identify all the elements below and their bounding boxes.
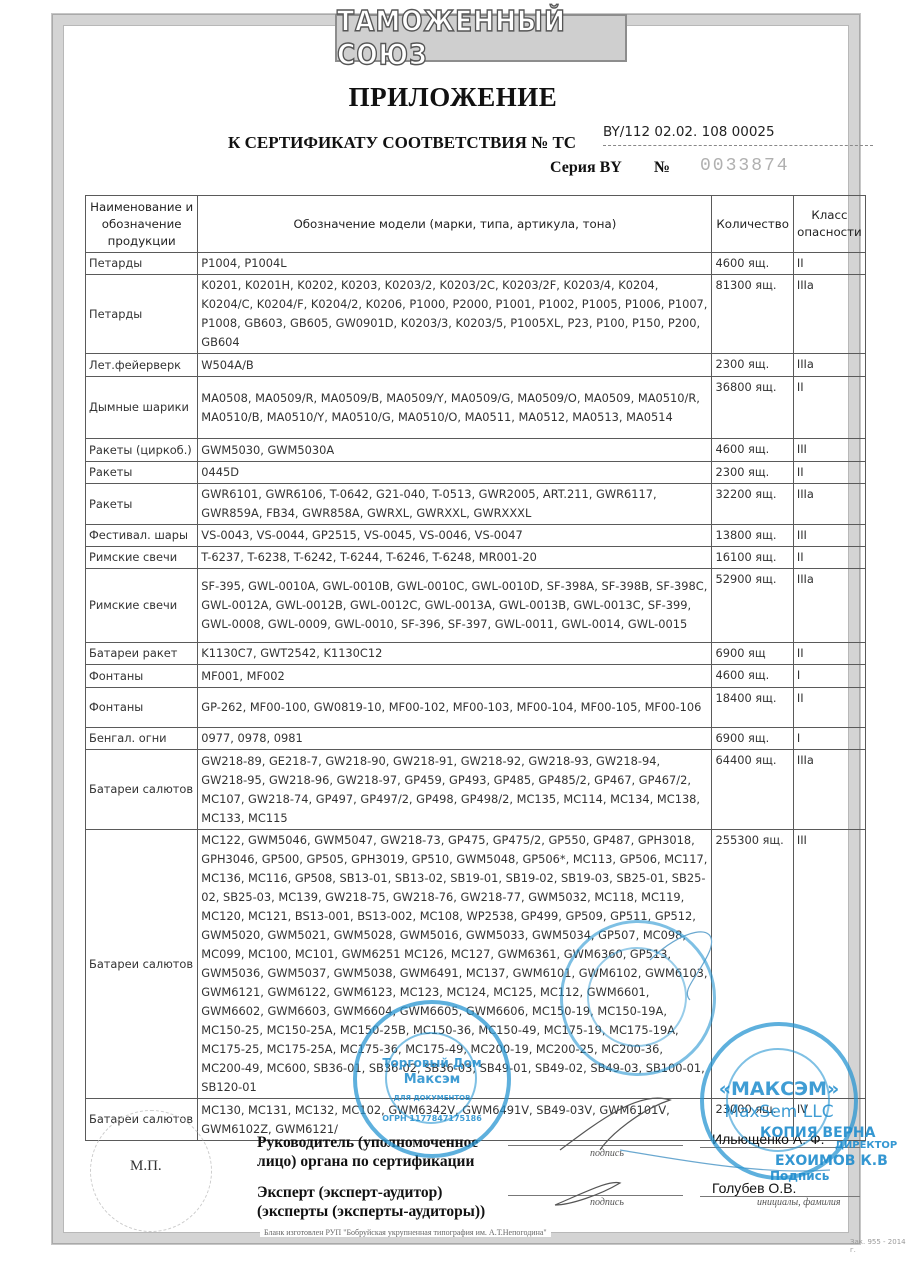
- number-label: №: [654, 159, 670, 177]
- product-name: Батареи салютов: [86, 750, 198, 830]
- expert-signature-caption: подпись: [590, 1197, 624, 1208]
- director-name-stamp: ЕХОИМОВ К.В: [775, 1153, 888, 1169]
- column-header-class: Класс опасности: [793, 196, 865, 253]
- quantity: 4600 ящ.: [712, 665, 793, 688]
- hazard-class: III: [793, 830, 865, 1099]
- hazard-class: I: [793, 728, 865, 750]
- quantity: 81300 ящ.: [712, 275, 793, 354]
- head-signature-line: [508, 1145, 683, 1146]
- model-list: SF-395, GWL-0010A, GWL-0010B, GWL-0010C,…: [198, 569, 712, 643]
- hazard-class: III: [793, 439, 865, 462]
- quantity: 36800 ящ.: [712, 377, 793, 439]
- initials-caption: инициалы, фамилия: [757, 1197, 841, 1208]
- quantity: 52900 ящ.: [712, 569, 793, 643]
- table-row: Ракеты0445D2300 ящ.II: [86, 462, 866, 484]
- table-row: Фестивал. шарыVS-0043, VS-0044, GP2515, …: [86, 525, 866, 547]
- hazard-class: II: [793, 643, 865, 665]
- table-row: ПетардыK0201, K0201H, K0202, K0203, K020…: [86, 275, 866, 354]
- model-list: VS-0043, VS-0044, GP2515, VS-0045, VS-00…: [198, 525, 712, 547]
- products-table: Наименование и обозначение продукции Обо…: [85, 195, 866, 1141]
- table-row: Римские свечиSF-395, GWL-0010A, GWL-0010…: [86, 569, 866, 643]
- table-row: Бенгал. огни0977, 0978, 09816900 ящ.I: [86, 728, 866, 750]
- product-name: Бенгал. огни: [86, 728, 198, 750]
- expert-label-line-1: Эксперт (эксперт-аудитор): [257, 1183, 442, 1202]
- certificate-number-underline: [603, 145, 873, 146]
- model-list: GW218-89, GE218-7, GW218-90, GW218-91, G…: [198, 750, 712, 830]
- hazard-class: III: [793, 525, 865, 547]
- page-title: ПРИЛОЖЕНИЕ: [0, 82, 906, 113]
- hazard-class: IIIa: [793, 750, 865, 830]
- model-list: K1130C7, GWT2542, K1130C12: [198, 643, 712, 665]
- product-name: Дымные шарики: [86, 377, 198, 439]
- quantity: 4600 ящ.: [712, 253, 793, 275]
- series-number: 0033874: [700, 156, 790, 176]
- quantity: 255300 ящ.: [712, 830, 793, 1099]
- hazard-class: II: [793, 253, 865, 275]
- director-stamp: ДИРЕКТОР: [835, 1140, 897, 1151]
- product-name: Батареи салютов: [86, 830, 198, 1099]
- product-name: Фонтаны: [86, 665, 198, 688]
- hazard-class: II: [793, 377, 865, 439]
- hazard-class: IIIa: [793, 275, 865, 354]
- hazard-class: IIIa: [793, 354, 865, 377]
- certificate-number: BY/112 02.02. 108 00025: [603, 124, 775, 140]
- certificate-subtitle: К СЕРТИФИКАТУ СООТВЕТСТВИЯ № ТС: [228, 133, 576, 153]
- hazard-class: IIIa: [793, 569, 865, 643]
- table-row: Батареи ракетK1130C7, GWT2542, K1130C126…: [86, 643, 866, 665]
- quantity: 64400 ящ.: [712, 750, 793, 830]
- table-row: ПетардыP1004, P1004L4600 ящ.II: [86, 253, 866, 275]
- quantity: 2300 ящ.: [712, 462, 793, 484]
- expert-label-line-2: (эксперты (эксперты-аудиторы)): [257, 1202, 485, 1221]
- model-list: P1004, P1004L: [198, 253, 712, 275]
- hazard-class: II: [793, 547, 865, 569]
- table-row: ФонтаныMF001, MF0024600 ящ.I: [86, 665, 866, 688]
- signature-stamp: Подпись: [770, 1169, 829, 1183]
- model-list: 0445D: [198, 462, 712, 484]
- hazard-class: IIIa: [793, 484, 865, 525]
- model-list: GWR6101, GWR6106, T-0642, G21-040, T-051…: [198, 484, 712, 525]
- model-list: GWM5030, GWM5030A: [198, 439, 712, 462]
- head-signature-caption: подпись: [590, 1148, 624, 1159]
- product-name: Петарды: [86, 253, 198, 275]
- column-header-quantity: Количество: [712, 196, 793, 253]
- seal-place-label: М.П.: [130, 1158, 162, 1175]
- column-header-models: Обозначение модели (марки, типа, артикул…: [198, 196, 712, 253]
- head-label-line-1: Руководитель (уполномоченное: [257, 1133, 478, 1152]
- product-name: Батареи ракет: [86, 643, 198, 665]
- table-row: Батареи салютовGW218-89, GE218-7, GW218-…: [86, 750, 866, 830]
- table-row: Римские свечиT-6237, T-6238, T-6242, T-6…: [86, 547, 866, 569]
- product-name: Римские свечи: [86, 569, 198, 643]
- table-row: Батареи салютовMC122, GWM5046, GWM5047, …: [86, 830, 866, 1099]
- table-row: ФонтаныGP-262, MF00-100, GW0819-10, MF00…: [86, 688, 866, 728]
- model-list: 0977, 0978, 0981: [198, 728, 712, 750]
- copy-true-stamp: КОПИЯ ВЕРНА: [760, 1125, 875, 1141]
- expert-signature-line: [508, 1195, 683, 1196]
- model-list: GP-262, MF00-100, GW0819-10, MF00-102, M…: [198, 688, 712, 728]
- customs-union-banner: ТАМОЖЕННЫЙ СОЮЗ: [335, 14, 627, 62]
- banner-text: ТАМОЖЕННЫЙ СОЮЗ: [337, 5, 625, 72]
- product-name: Римские свечи: [86, 547, 198, 569]
- quantity: 2300 ящ.: [712, 354, 793, 377]
- quantity: 32200 ящ.: [712, 484, 793, 525]
- model-list: T-6237, T-6238, T-6242, T-6244, T-6246, …: [198, 547, 712, 569]
- table-row: Ракеты (циркоб.)GWM5030, GWM5030A4600 ящ…: [86, 439, 866, 462]
- printer-footer: Бланк изготовлен РУП "Бобруйская укрупне…: [260, 1228, 551, 1237]
- head-label-line-2: лицо) органа по сертификации: [257, 1152, 474, 1171]
- hazard-class: II: [793, 462, 865, 484]
- quantity: 6900 ящ.: [712, 728, 793, 750]
- table-row: Лет.фейерверкW504A/B2300 ящ.IIIa: [86, 354, 866, 377]
- model-list: MC122, GWM5046, GWM5047, GW218-73, GP475…: [198, 830, 712, 1099]
- quantity: 13800 ящ.: [712, 525, 793, 547]
- table-header-row: Наименование и обозначение продукции Обо…: [86, 196, 866, 253]
- quantity: 4600 ящ.: [712, 439, 793, 462]
- model-list: MA0508, MA0509/R, MA0509/B, MA0509/Y, MA…: [198, 377, 712, 439]
- quantity: 6900 ящ: [712, 643, 793, 665]
- quantity: 18400 ящ.: [712, 688, 793, 728]
- series-label: Серия BY: [550, 159, 622, 177]
- model-list: MF001, MF002: [198, 665, 712, 688]
- product-name: Лет.фейерверк: [86, 354, 198, 377]
- page-reference: Зак. 955 - 2014 г.: [850, 1238, 906, 1254]
- hazard-class: I: [793, 665, 865, 688]
- product-name: Ракеты (циркоб.): [86, 439, 198, 462]
- product-name: Петарды: [86, 275, 198, 354]
- hazard-class: II: [793, 688, 865, 728]
- product-name: Фонтаны: [86, 688, 198, 728]
- model-list: K0201, K0201H, K0202, K0203, K0203/2, K0…: [198, 275, 712, 354]
- quantity: 16100 ящ.: [712, 547, 793, 569]
- model-list: W504A/B: [198, 354, 712, 377]
- product-name: Ракеты: [86, 462, 198, 484]
- table-row: Дымные шарикиMA0508, MA0509/R, MA0509/B,…: [86, 377, 866, 439]
- table-row: РакетыGWR6101, GWR6106, T-0642, G21-040,…: [86, 484, 866, 525]
- column-header-product: Наименование и обозначение продукции: [86, 196, 198, 253]
- product-name: Ракеты: [86, 484, 198, 525]
- product-name: Фестивал. шары: [86, 525, 198, 547]
